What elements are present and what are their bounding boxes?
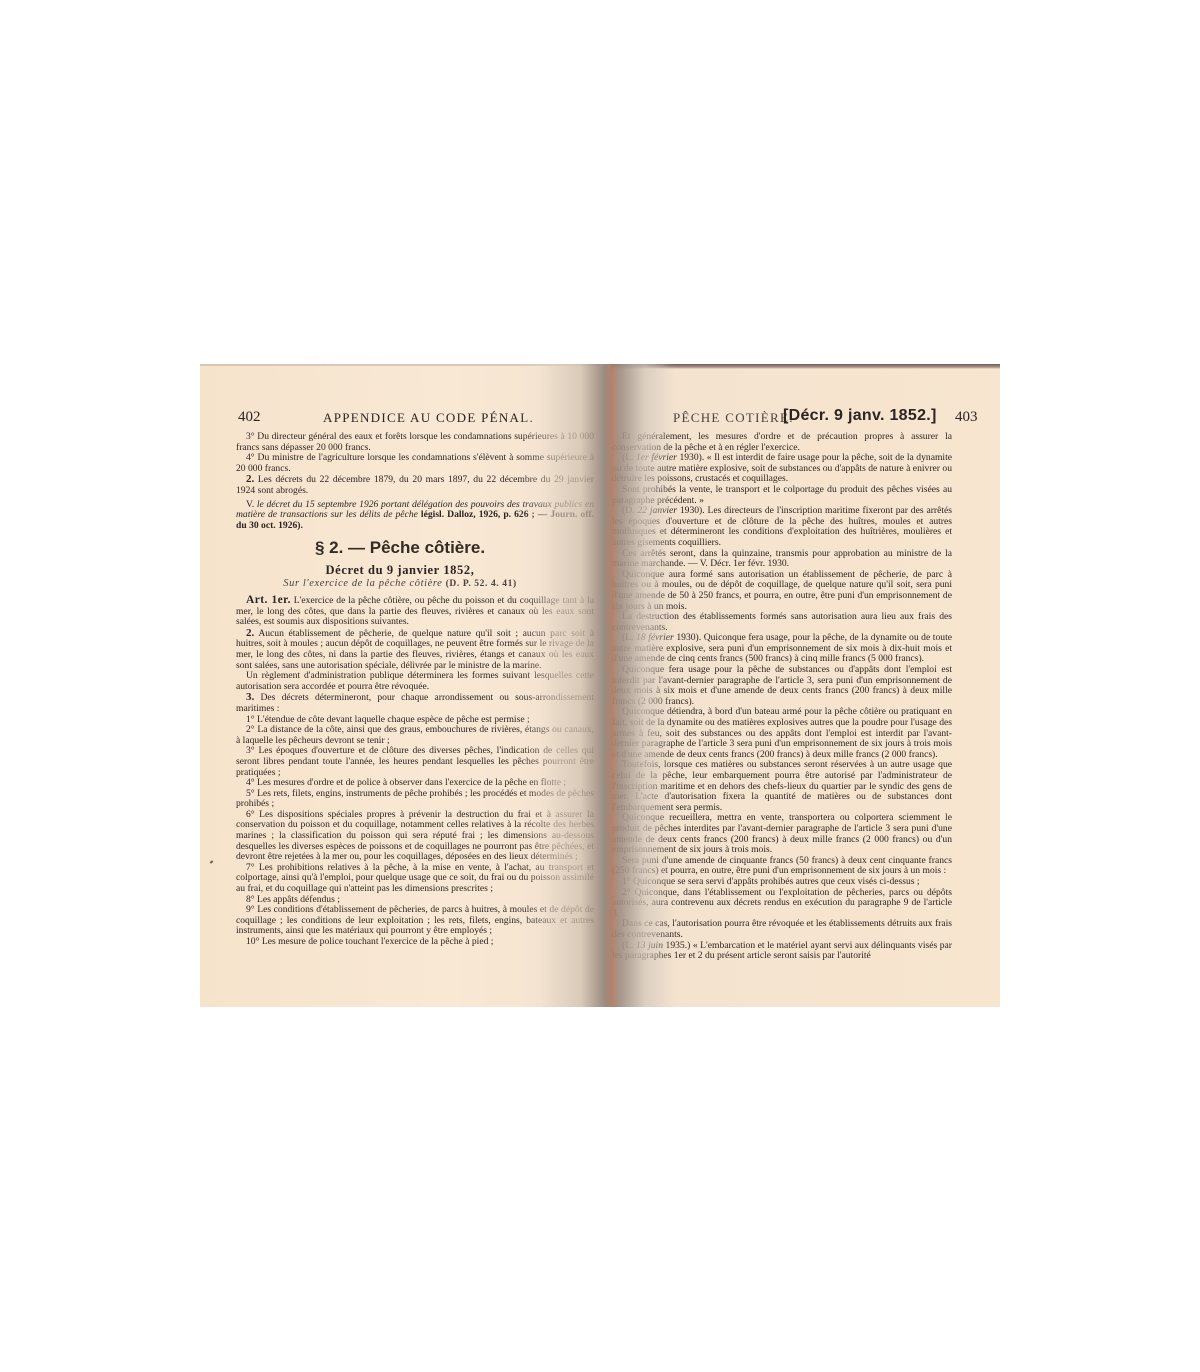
decree-reference: (D. P. 52. 4. 41) [446,579,517,589]
list-item: 2° La distance de la côte, ainsi que des… [236,725,594,746]
article-paragraph: Un règlement d'administration publique d… [236,671,594,692]
section-title: § 2. — Pêche côtière. [200,538,600,558]
paragraph: La destruction des établissements formés… [612,612,952,633]
right-page-text: Et généralement, les mesures d'ordre et … [612,432,952,962]
paragraph: (D. 22 janvier 1930). Les directeurs de … [612,506,952,548]
running-head-right: PÊCHE COTIÈRE. [673,410,794,426]
ink-mark [210,860,214,863]
list-item: 7° Les prohibitions relatives à la pêche… [236,863,594,895]
paragraph: Sont prohibés la vente, le transport et … [612,485,952,506]
paragraph: Quiconque recueillera, mettra en vente, … [612,813,952,855]
right-page: PÊCHE COTIÈRE. [Décr. 9 janv. 1852.] 403… [600,364,1000,1007]
paragraph: (L. 18 février 1930). Quiconque fera usa… [612,633,952,665]
article-paragraph: 3. Des décrets détermineront, pour chaqu… [236,692,594,714]
decree-articles: Art. 1er. L'exercice de la pêche côtière… [236,595,594,948]
paragraph: Toutefois, lorsque ces matières ou subst… [612,760,952,813]
decree-title: Décret du 9 janvier 1852, [200,563,600,578]
list-item: 3° Les époques d'ouverture et de clôture… [236,746,594,778]
running-head-left: APPENDICE AU CODE PÉNAL. [323,410,534,426]
paragraph: Quiconque fera usage pour la pêche de su… [612,665,952,707]
list-item: 10° Les mesure de police touchant l'exer… [236,937,594,948]
paragraph: Dans ce cas, l'autorisation pourra être … [612,919,952,940]
paragraph: 2° Quiconque, dans l'établissement ou l'… [612,888,952,920]
intro-paragraph: 2. Les décrets du 22 décembre 1879, du 2… [236,474,594,496]
paragraph: Ces arrêtés seront, dans la quinzaine, t… [612,549,952,570]
page-number-left: 402 [238,409,261,426]
left-page: 402 APPENDICE AU CODE PÉNAL. 3° Du direc… [200,364,600,1007]
list-item: 9° Les conditions d'établissement de pêc… [236,905,594,937]
article-paragraph: Art. 1er. L'exercice de la pêche côtière… [236,595,594,628]
left-intro-text: 3° Du directeur général des eaux et forê… [236,432,594,531]
intro-paragraph: 4° Du ministre de l'agriculture lorsque … [236,453,594,474]
article-paragraph: 2. Aucun établissement de pêcherie, de q… [236,628,594,671]
paragraph: Quiconque aura formé sans autorisation u… [612,570,952,612]
running-head-decree: [Décr. 9 janv. 1852.] [783,407,937,425]
intro-paragraph: 3° Du directeur général des eaux et forê… [236,432,594,453]
open-book: 402 APPENDICE AU CODE PÉNAL. 3° Du direc… [200,364,1000,1007]
paragraph: Sera puni d'une amende de cinquante fran… [612,856,952,877]
see-also-note: V. le décret du 15 septembre 1926 portan… [236,500,594,532]
list-item: 6° Les dispositions spéciales propres à … [236,810,594,863]
decree-subtitle: Sur l'exercice de la pêche côtière (D. P… [200,578,600,589]
paragraph: Quiconque détiendra, à bord d'un bateau … [612,707,952,760]
paragraph: Et généralement, les mesures d'ordre et … [612,432,952,453]
list-item: 5° Les rets, filets, engins, instruments… [236,789,594,810]
paragraph: (L. 13 juin 1935.) « L'embarcation et le… [612,941,952,962]
page-number-right: 403 [955,409,978,426]
paragraph: (L. 1er février 1930). « Il est interdit… [612,453,952,485]
